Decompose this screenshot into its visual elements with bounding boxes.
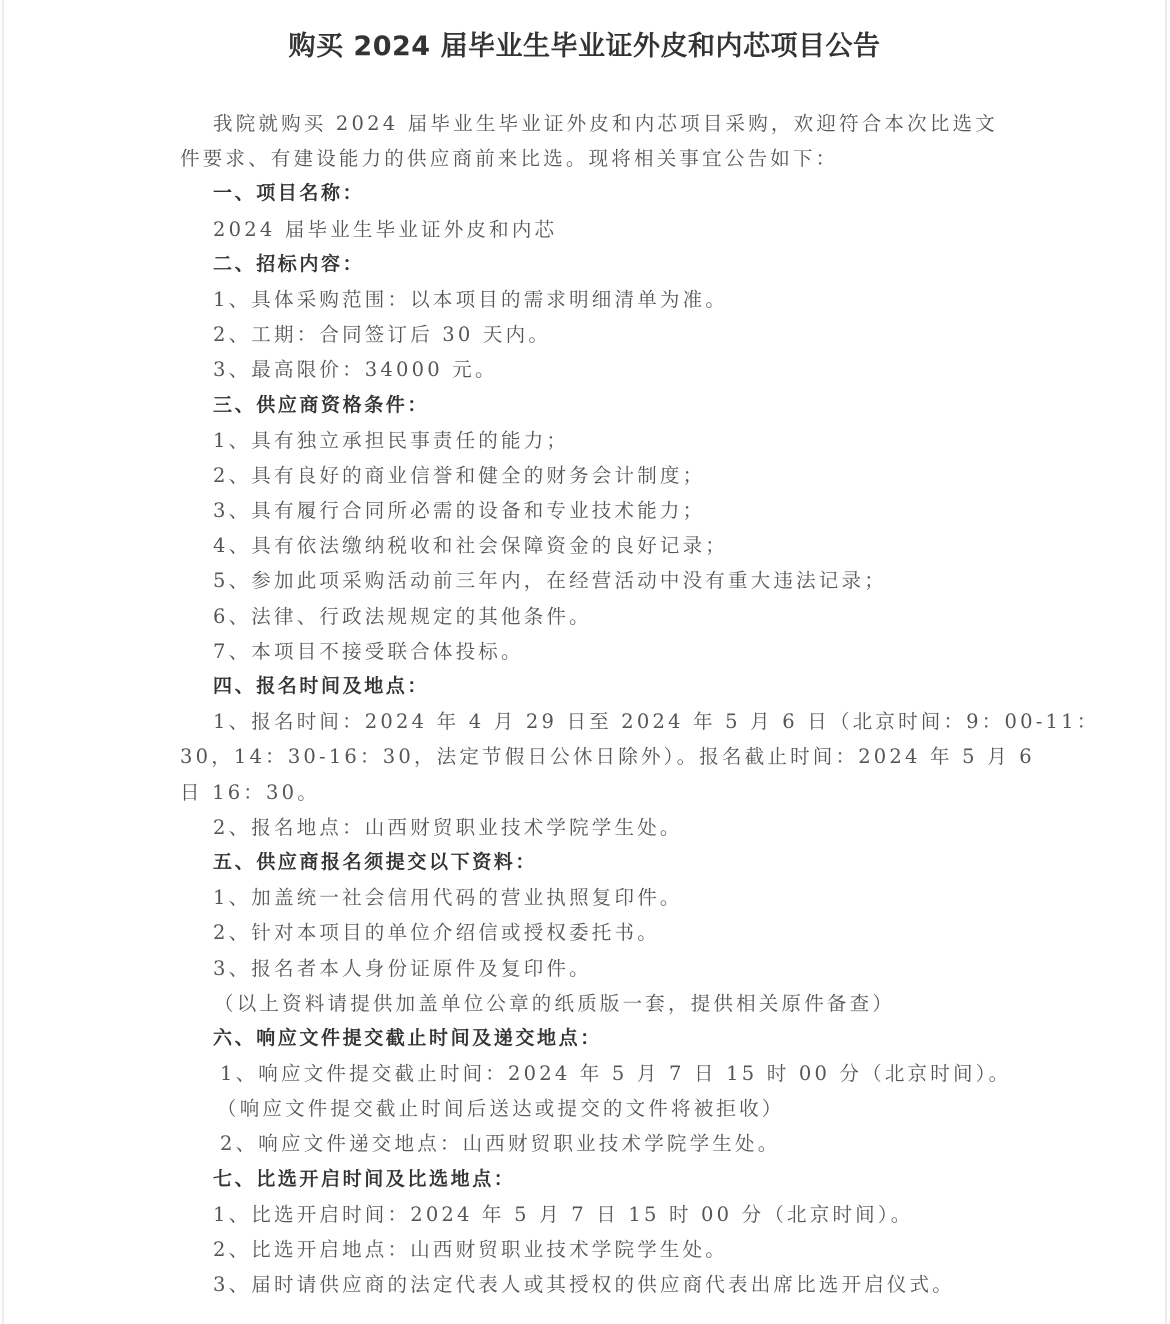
document-body: 我院就购买 2024 届毕业生毕业证外皮和内芯项目采购，欢迎符合本次比选文 件要…: [180, 106, 1000, 1302]
section-item: 3、具有履行合同所必需的设备和专业技术能力；: [180, 493, 1000, 528]
section-heading-registration-time-place: 四、报名时间及地点：: [180, 669, 1000, 704]
section-item: 2、具有良好的商业信誉和健全的财务会计制度；: [180, 458, 1000, 493]
section-heading-bid-content: 二、招标内容：: [180, 247, 1000, 282]
section-item: 6、法律、行政法规规定的其他条件。: [180, 599, 1000, 634]
section-item: 1、具有独立承担民事责任的能力；: [180, 423, 1000, 458]
section-item: 2、报名地点：山西财贸职业技术学院学生处。: [180, 810, 1000, 845]
section-item: 2024 届毕业生毕业证外皮和内芯: [180, 212, 1000, 247]
section-item: 1、响应文件提交截止时间：2024 年 5 月 7 日 15 时 00 分（北京…: [180, 1056, 1000, 1091]
section-note: （以上资料请提供加盖单位公章的纸质版一套，提供相关原件备查）: [180, 986, 1000, 1021]
section-item: 1、具体采购范围：以本项目的需求明细清单为准。: [180, 282, 1000, 317]
intro-paragraph-line-1: 我院就购买 2024 届毕业生毕业证外皮和内芯项目采购，欢迎符合本次比选文: [180, 106, 1000, 141]
section-heading-opening-time-place: 七、比选开启时间及比选地点：: [180, 1162, 1000, 1197]
section-heading-supplier-qualifications: 三、供应商资格条件：: [180, 388, 1000, 423]
section-item: 3、报名者本人身份证原件及复印件。: [180, 951, 1000, 986]
section-note: （响应文件提交截止时间后送达或提交的文件将被拒收）: [180, 1091, 1000, 1126]
section-item: 3、最高限价：34000 元。: [180, 352, 1000, 387]
section-item: 2、针对本项目的单位介绍信或授权委托书。: [180, 915, 1000, 950]
section-heading-response-submission: 六、响应文件提交截止时间及递交地点：: [180, 1021, 1000, 1056]
section-item-continued: 日 16：30。: [180, 775, 1000, 810]
section-item: 3、届时请供应商的法定代表人或其授权的供应商代表出席比选开启仪式。: [180, 1267, 1000, 1302]
section-heading-required-documents: 五、供应商报名须提交以下资料：: [180, 845, 1000, 880]
section-item: 2、比选开启地点：山西财贸职业技术学院学生处。: [180, 1232, 1000, 1267]
section-item: 1、报名时间：2024 年 4 月 29 日至 2024 年 5 月 6 日（北…: [180, 704, 1000, 739]
document-page: 购买 2024 届毕业生毕业证外皮和内芯项目公告 我院就购买 2024 届毕业生…: [2, 0, 1167, 1324]
section-item: 2、响应文件递交地点：山西财贸职业技术学院学生处。: [180, 1126, 1000, 1161]
document-title: 购买 2024 届毕业生毕业证外皮和内芯项目公告: [4, 24, 1165, 63]
section-item: 7、本项目不接受联合体投标。: [180, 634, 1000, 669]
section-item-continued: 30，14：30-16：30，法定节假日公休日除外）。报名截止时间：2024 年…: [180, 739, 1000, 774]
intro-paragraph-line-2: 件要求、有建设能力的供应商前来比选。现将相关事宜公告如下：: [180, 141, 1000, 176]
section-item: 1、比选开启时间：2024 年 5 月 7 日 15 时 00 分（北京时间）。: [180, 1197, 1000, 1232]
section-item: 5、参加此项采购活动前三年内，在经营活动中没有重大违法记录；: [180, 563, 1000, 598]
section-item: 4、具有依法缴纳税收和社会保障资金的良好记录；: [180, 528, 1000, 563]
section-heading-project-name: 一、项目名称：: [180, 176, 1000, 211]
section-item: 1、加盖统一社会信用代码的营业执照复印件。: [180, 880, 1000, 915]
section-item: 2、工期：合同签订后 30 天内。: [180, 317, 1000, 352]
